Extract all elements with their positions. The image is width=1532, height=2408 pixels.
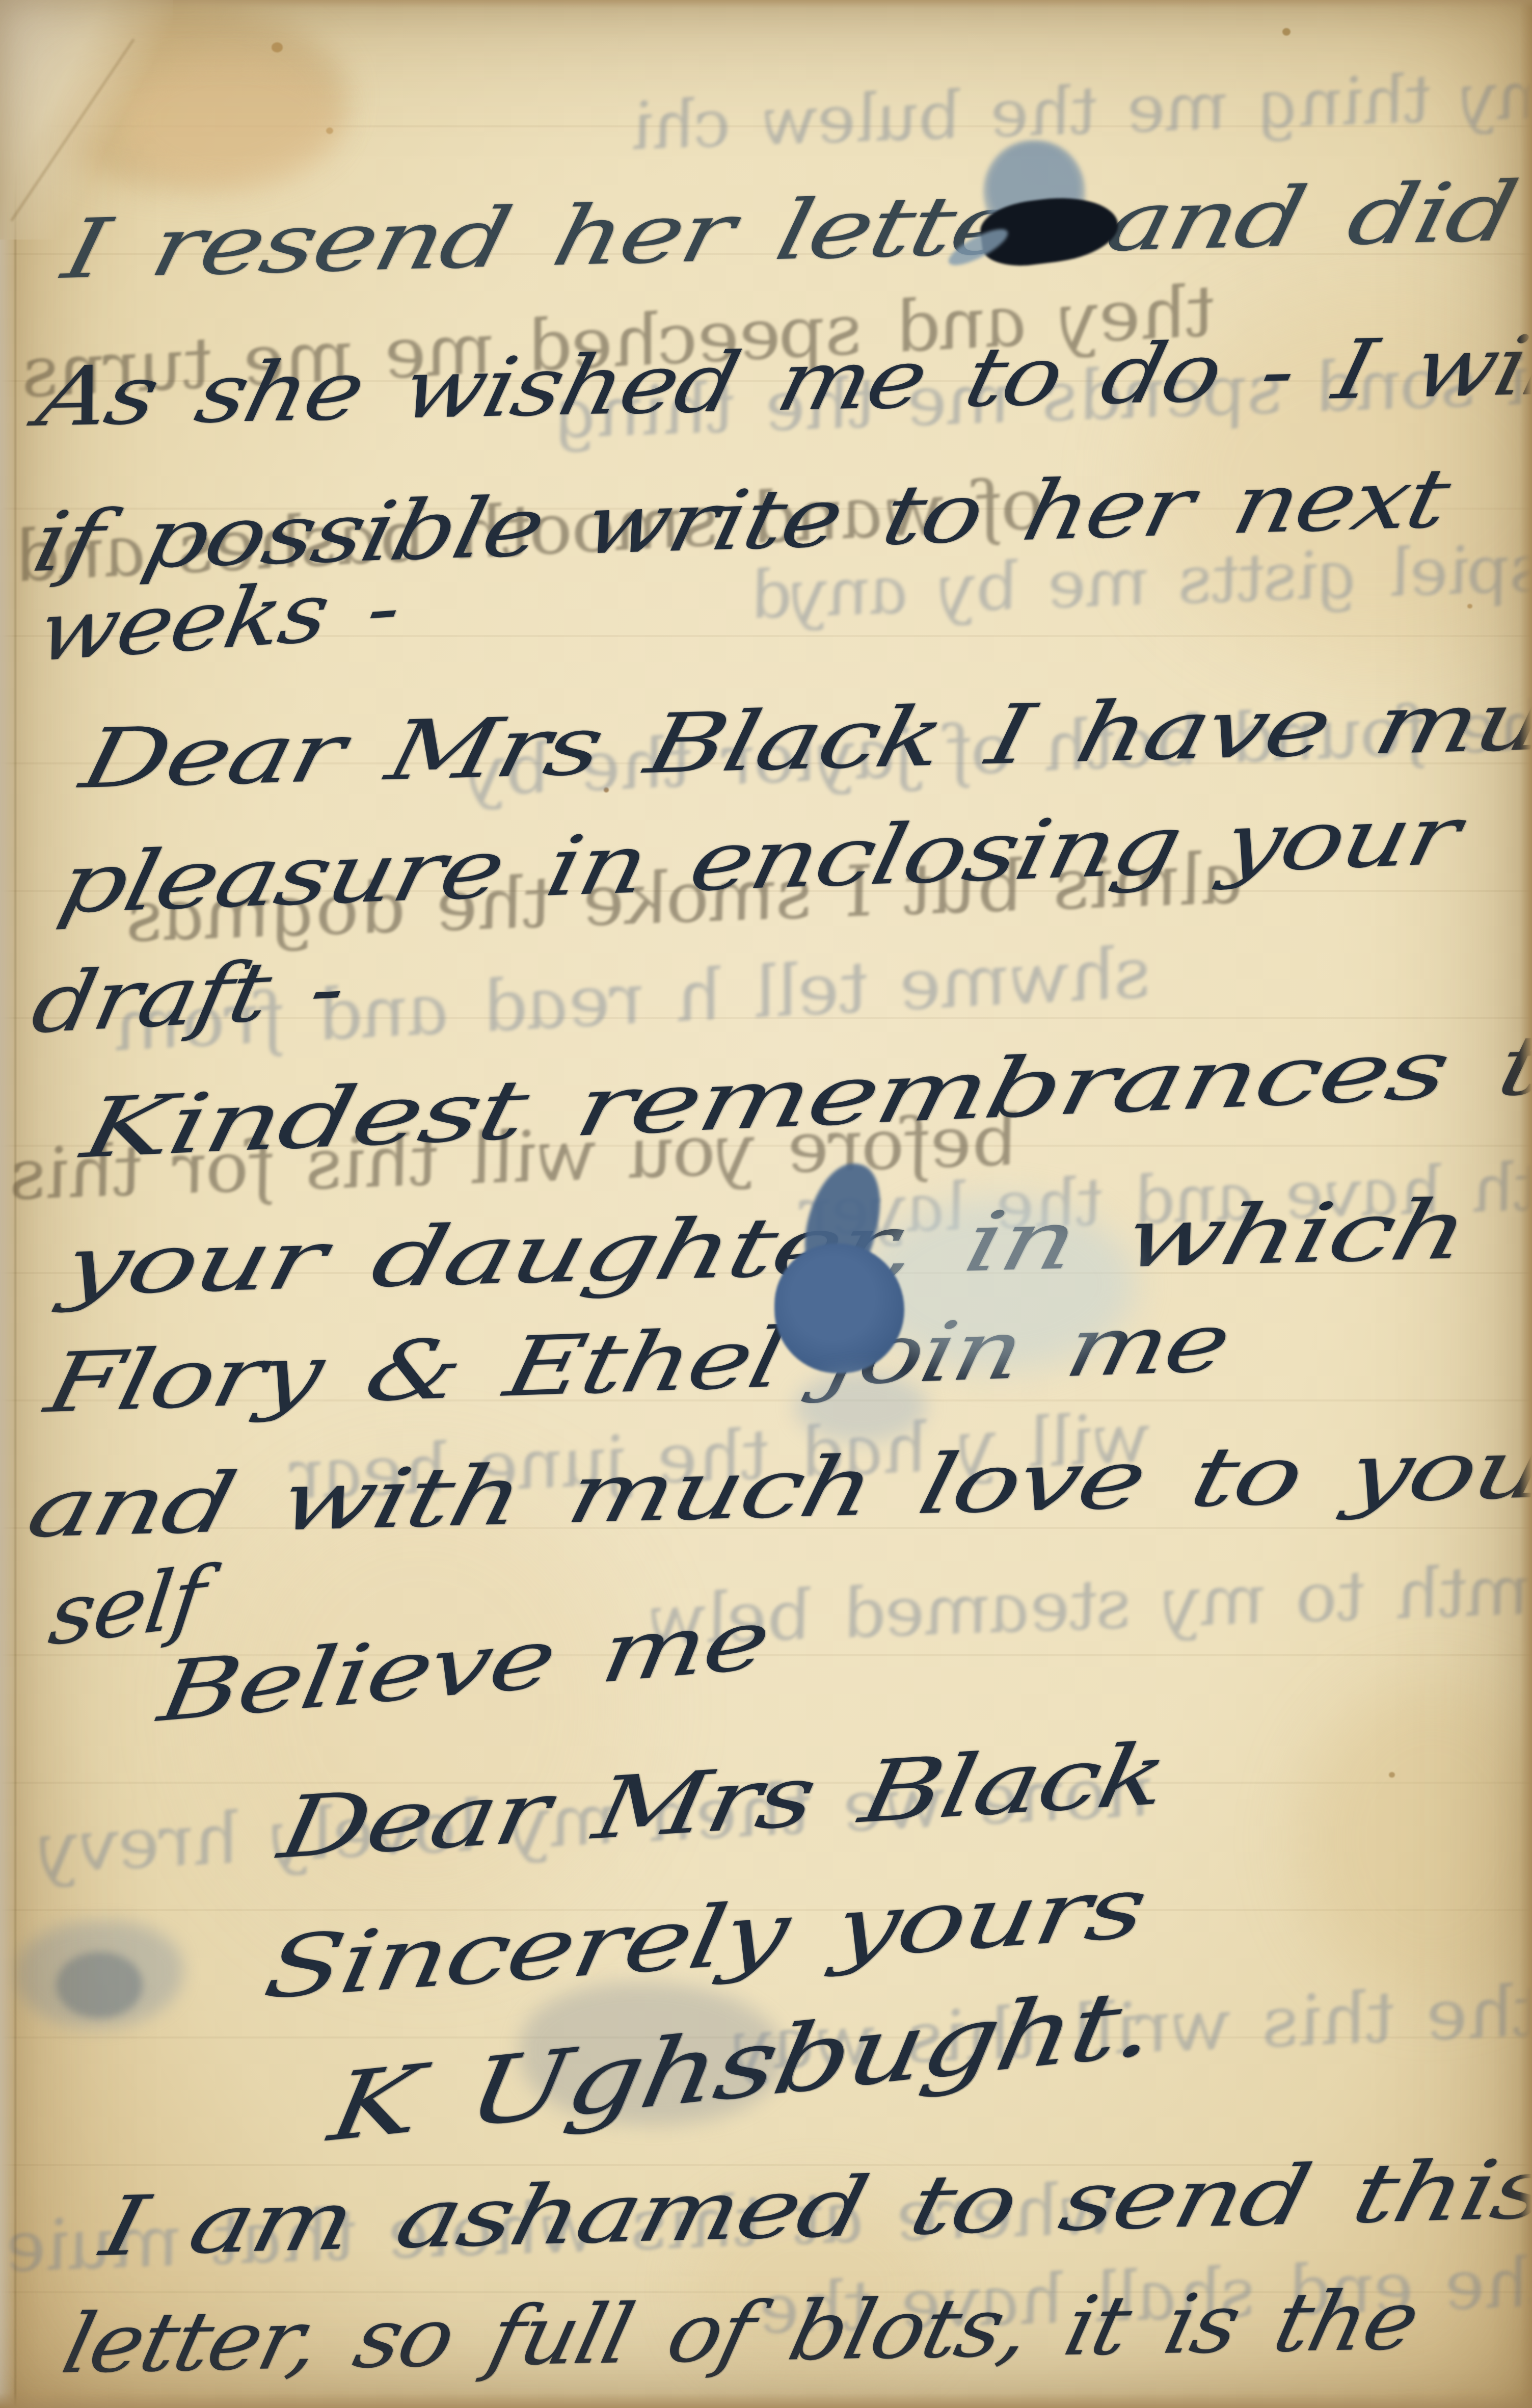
letter-page: my thing me the bulew chi they and speec…	[0, 0, 1532, 2408]
letter-line-7: draft -	[24, 939, 352, 1052]
